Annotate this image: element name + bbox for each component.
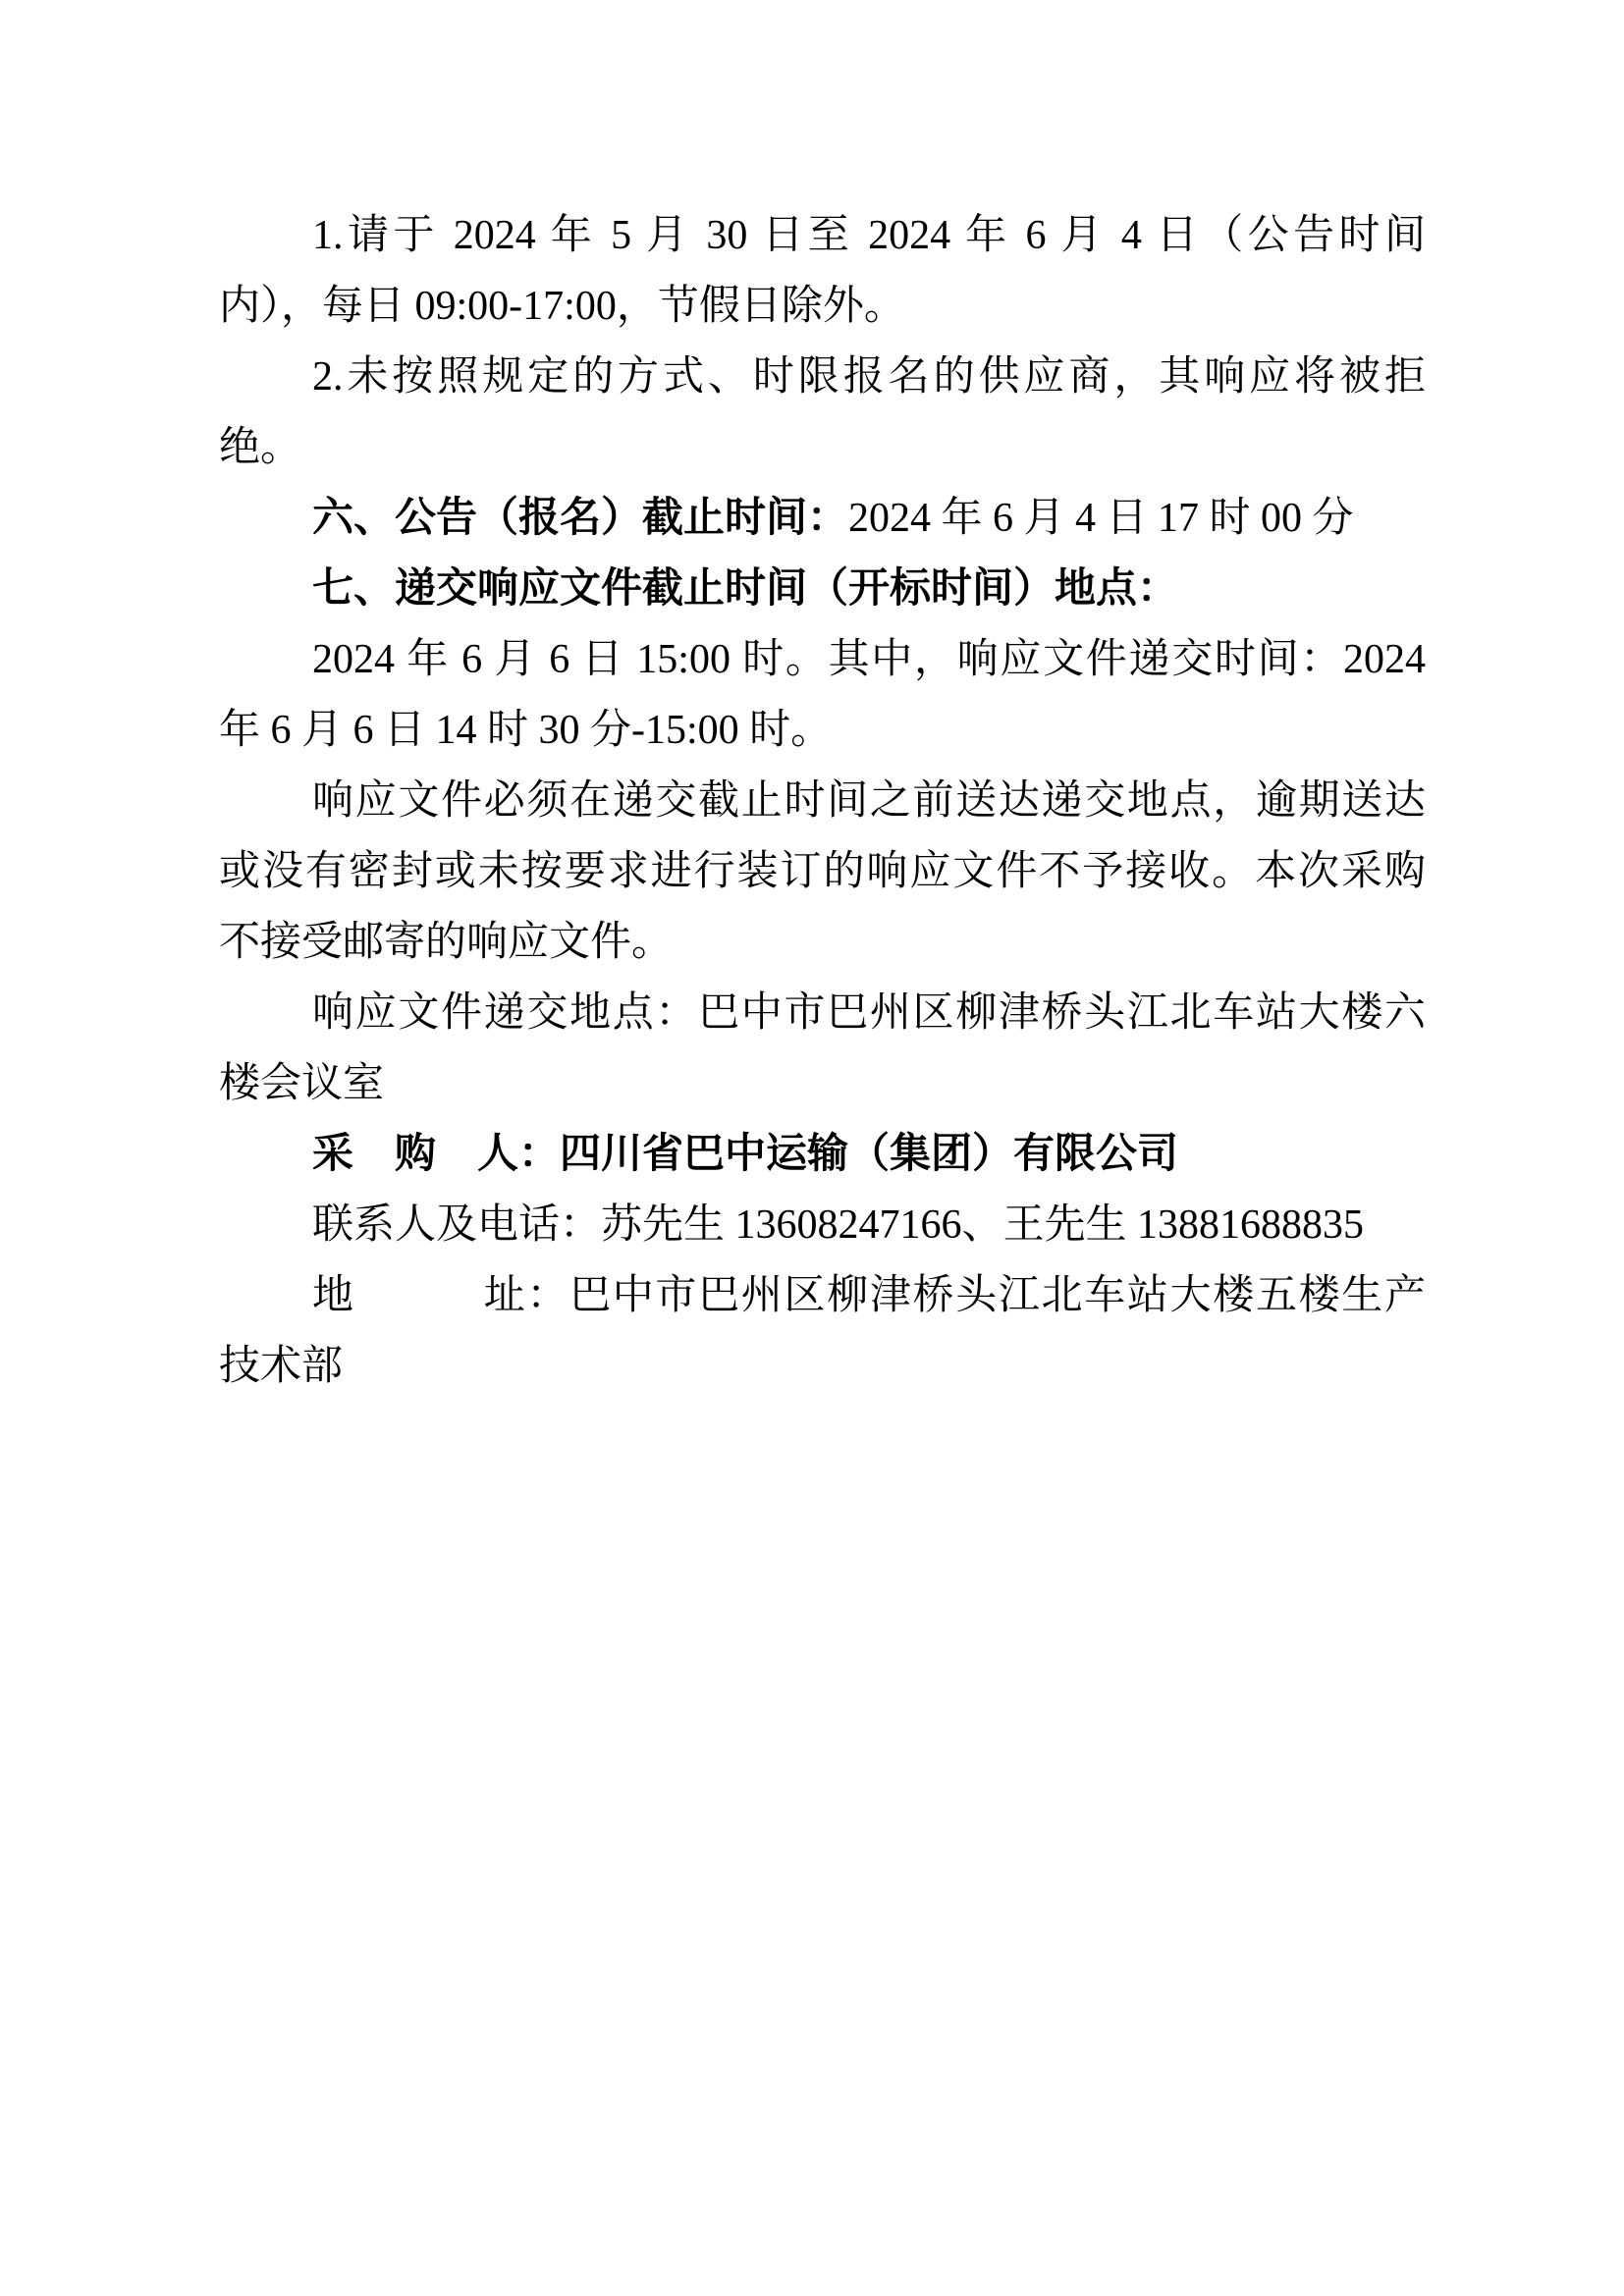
contact-line: 联系人及电话：苏先生 13608247166、王先生 13881688835 xyxy=(219,1190,1426,1260)
address-line1: 地 址：巴中市巴州区柳津桥头江北车站大楼五楼生产 xyxy=(219,1260,1426,1331)
para-registration-time-line1: 1.请于 2024 年 5 月 30 日至 2024 年 6 月 4 日（公告时… xyxy=(219,200,1426,271)
purchaser-line: 采 购 人：四川省巴中运输（集团）有限公司 xyxy=(219,1119,1426,1190)
para-opening-time-line1: 2024 年 6 月 6 日 15:00 时。其中，响应文件递交时间：2024 xyxy=(219,624,1426,695)
para-registration-time-line2: 内），每日 09:00-17:00，节假日除外。 xyxy=(219,271,1426,342)
para-delivery-address-line2: 楼会议室 xyxy=(219,1048,1426,1119)
para-rejection-notice-line2: 绝。 xyxy=(219,412,1426,483)
para-delivery-rules-line2: 或没有密封或未按要求进行装订的响应文件不予接收。本次采购 xyxy=(219,836,1426,907)
para-delivery-rules-line3: 不接受邮寄的响应文件。 xyxy=(219,907,1426,978)
heading-announcement-deadline-value: 2024 年 6 月 4 日 17 时 00 分 xyxy=(848,496,1354,541)
para-delivery-address-line1: 响应文件递交地点：巴中市巴州区柳津桥头江北车站大楼六 xyxy=(219,978,1426,1048)
para-delivery-rules-line1: 响应文件必须在递交截止时间之前送达递交地点，逾期送达 xyxy=(219,766,1426,836)
address-line2: 技术部 xyxy=(219,1331,1426,1402)
heading-announcement-deadline-label: 六、公告（报名）截止时间： xyxy=(312,496,848,541)
para-opening-time-line2: 年 6 月 6 日 14 时 30 分-15:00 时。 xyxy=(219,695,1426,766)
para-rejection-notice-line1: 2.未按照规定的方式、时限报名的供应商，其响应将被拒 xyxy=(219,342,1426,412)
document-page: 1.请于 2024 年 5 月 30 日至 2024 年 6 月 4 日（公告时… xyxy=(219,200,1426,1402)
heading-announcement-deadline: 六、公告（报名）截止时间：2024 年 6 月 4 日 17 时 00 分 xyxy=(219,483,1426,554)
heading-submission-deadline: 七、递交响应文件截止时间（开标时间）地点： xyxy=(219,554,1426,624)
